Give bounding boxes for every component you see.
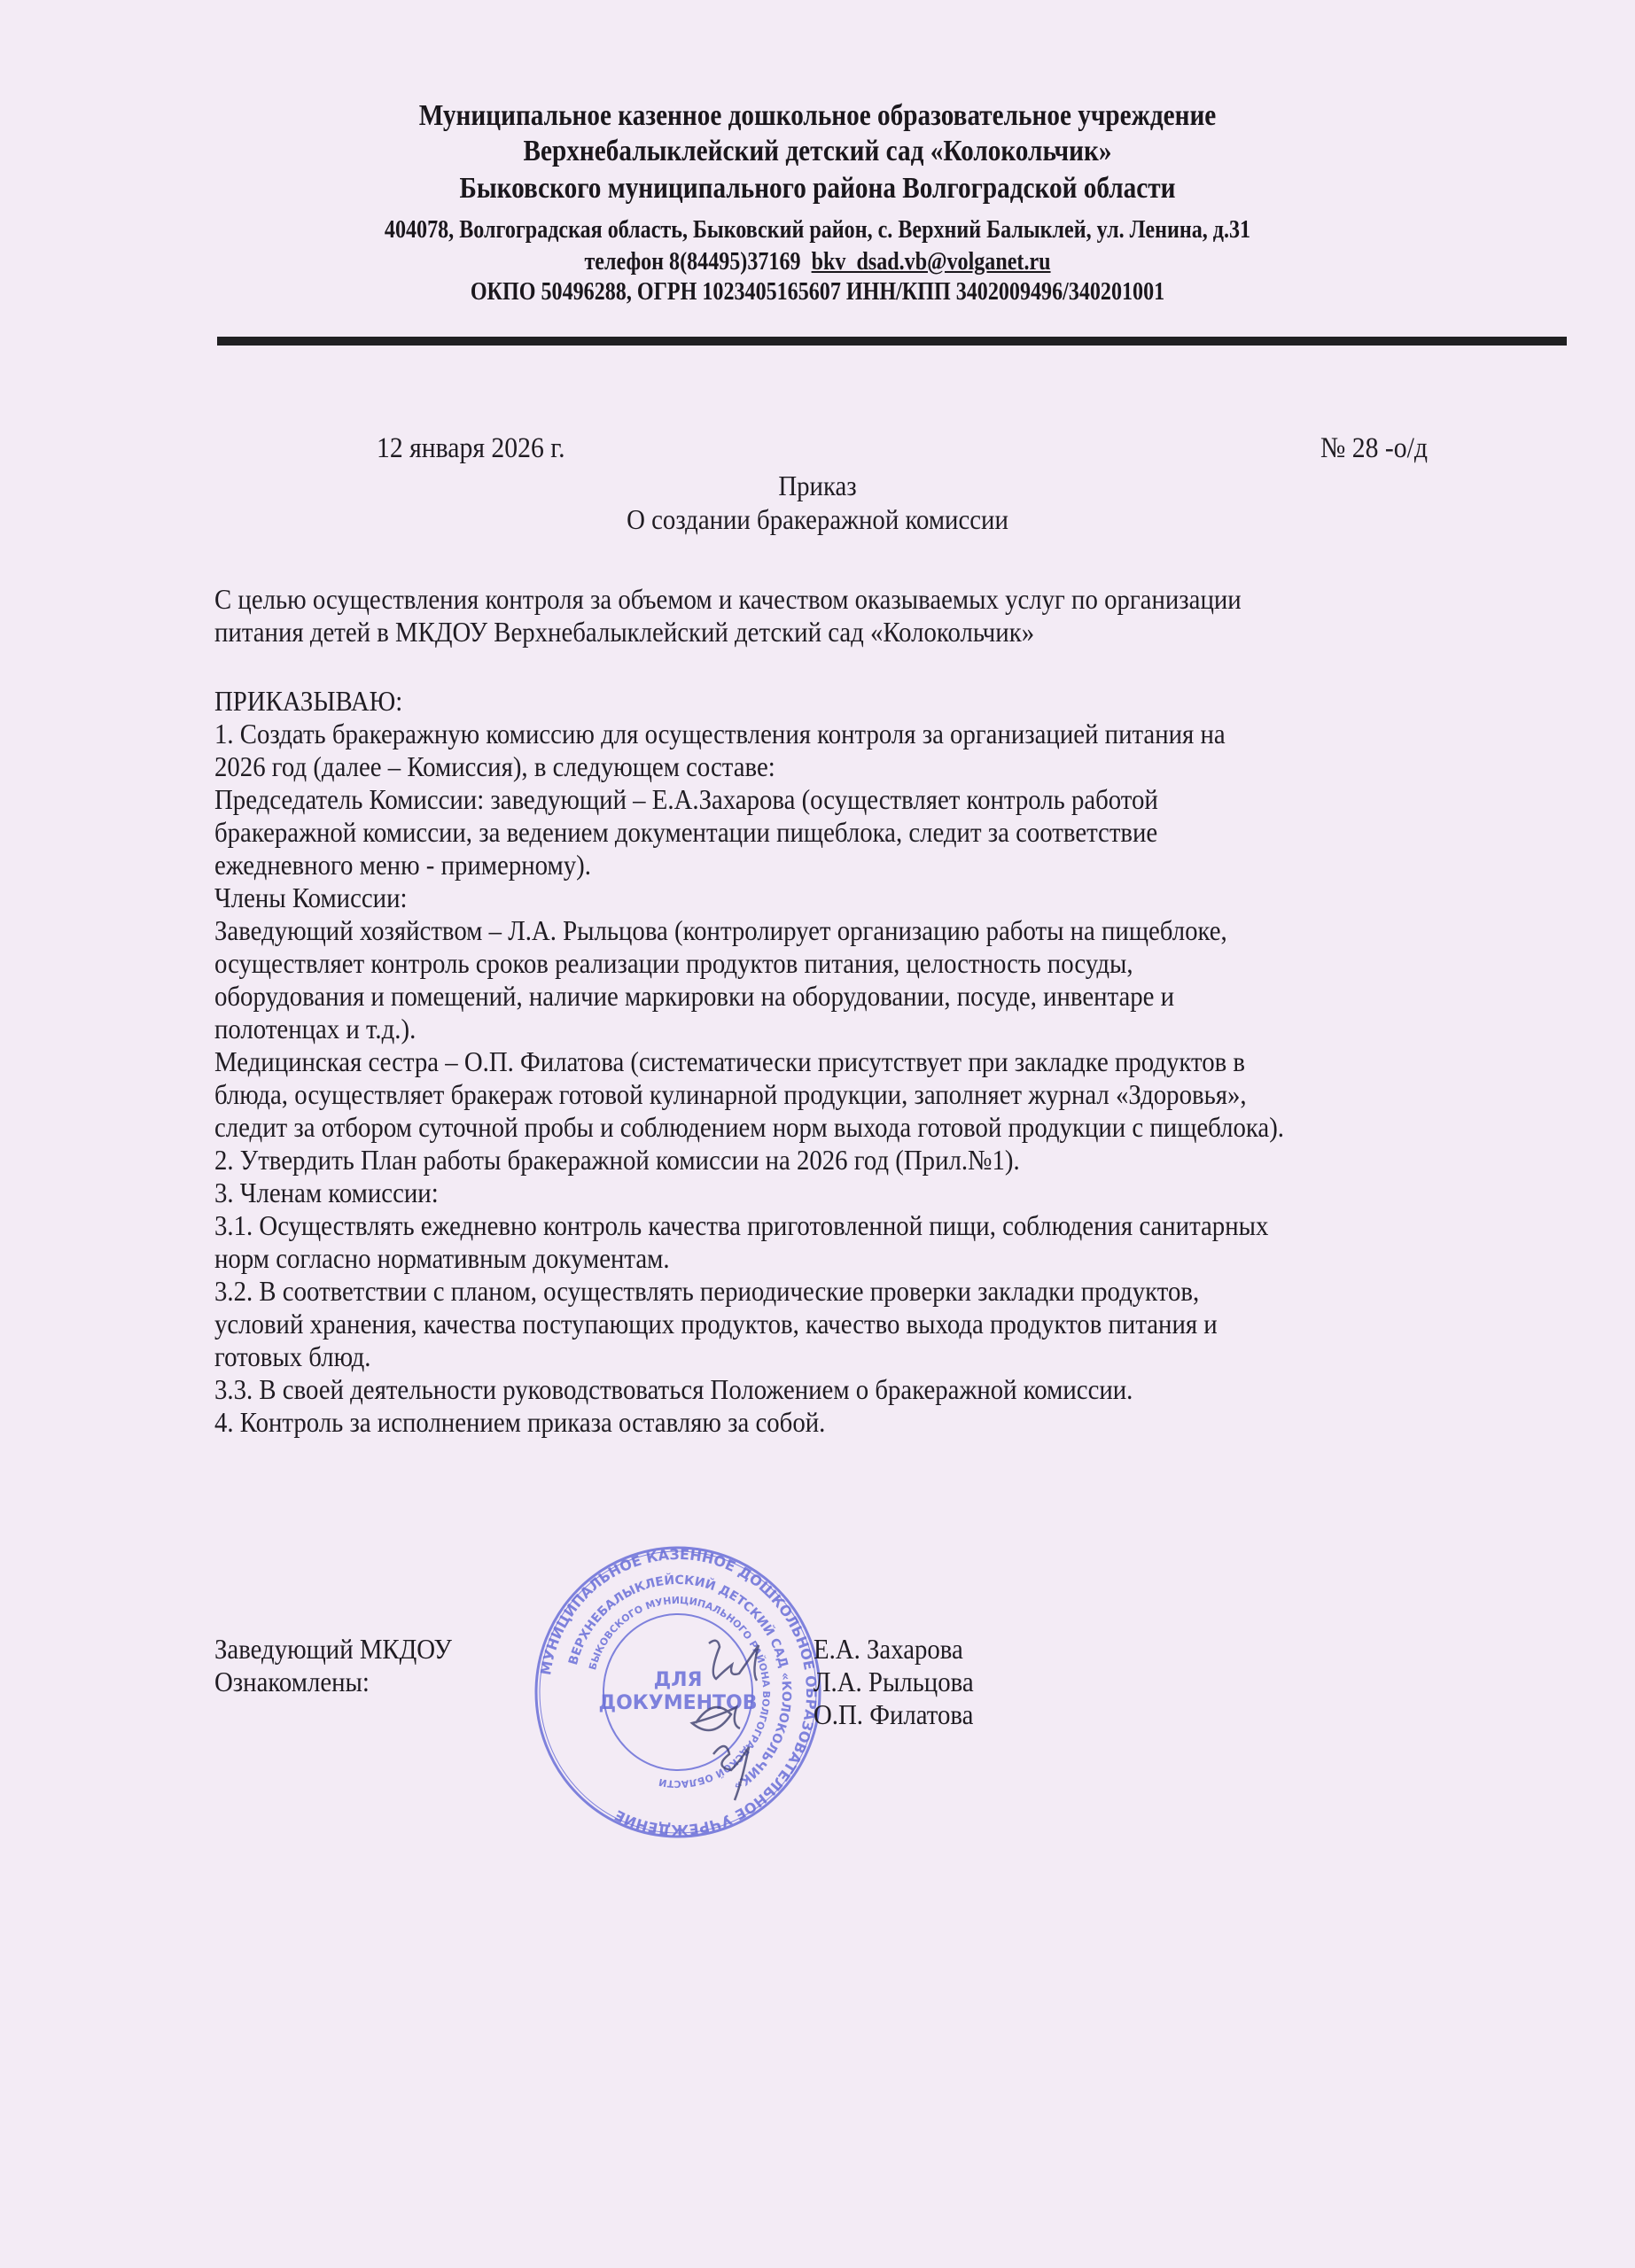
stamp-center-line2: ДОКУМЕНТОВ: [598, 1692, 757, 1714]
order-number: № 28 -о/д: [1320, 432, 1428, 465]
stamp-center-line1: ДЛЯ: [654, 1669, 703, 1691]
body-line: Медицинская сестра – О.П. Филатова (сист…: [214, 1045, 1245, 1078]
body-line: бракеражной комиссии, за ведением докуме…: [214, 816, 1157, 849]
body-line: Заведующий хозяйством – Л.А. Рыльцова (к…: [214, 914, 1227, 947]
body-line: 3.1. Осуществлять ежедневно контроль кач…: [214, 1209, 1268, 1242]
body-line: Председатель Комиссии: заведующий – Е.А.…: [214, 783, 1158, 816]
body-line: питания детей в МКДОУ Верхнебалыклейский…: [214, 616, 1034, 649]
signatory-name: О.П. Филатова: [814, 1698, 973, 1731]
body-line: следит за отбором суточной пробы и соблю…: [214, 1111, 1284, 1144]
org-kindergarten-name: Верхнебалыклейский детский сад «Колоколь…: [114, 135, 1521, 168]
org-contacts: телефон 8(84495)37169 bkv_dsad.vb@volgan…: [114, 248, 1521, 276]
org-name: Муниципальное казенное дошкольное образо…: [114, 99, 1521, 133]
body-line: ПРИКАЗЫВАЮ:: [214, 685, 402, 718]
body-line: Члены Комиссии:: [214, 882, 407, 914]
official-stamp: МУНИЦИПАЛЬНОЕ КАЗЕННОЕ ДОШКОЛЬНОЕ ОБРАЗО…: [532, 1546, 824, 1838]
body-line: 3.3. В своей деятельности руководствоват…: [214, 1373, 1133, 1406]
body-line: блюда, осуществляет бракераж готовой кул…: [214, 1078, 1247, 1111]
body-line: 2. Утвердить План работы бракеражной ком…: [214, 1144, 1020, 1177]
signatory-name: Л.А. Рыльцова: [814, 1666, 974, 1698]
body-line: 2026 год (далее – Комиссия), в следующем…: [214, 750, 775, 783]
org-address: 404078, Волгоградская область, Быковский…: [114, 216, 1521, 245]
body-line: ежедневного меню - примерному).: [214, 849, 591, 882]
body-line: С целью осуществления контроля за объемо…: [214, 583, 1242, 616]
body-line: 4. Контроль за исполнением приказа остав…: [214, 1406, 825, 1439]
order-subject: О создании бракеражной комиссии: [82, 503, 1553, 536]
body-line: норм согласно нормативным документам.: [214, 1242, 670, 1275]
body-line: 3. Членам комиссии:: [214, 1177, 439, 1209]
order-title: Приказ: [82, 470, 1553, 502]
org-district: Быковского муниципального района Волгогр…: [114, 172, 1521, 206]
body-line: полотенцах и т.д.).: [214, 1013, 416, 1045]
org-registry: ОКПО 50496288, ОГРН 1023405165607 ИНН/КП…: [114, 278, 1521, 307]
signatory-name: Е.А. Захарова: [814, 1633, 963, 1666]
header-divider: [217, 337, 1567, 346]
head-signature-label: Заведующий МКДОУ: [214, 1633, 452, 1666]
order-date: 12 января 2026 г.: [377, 432, 565, 465]
acquainted-label: Ознакомлены:: [214, 1666, 370, 1698]
org-phone: телефон 8(84495)37169: [584, 248, 800, 276]
org-email-link[interactable]: bkv_dsad.vb@volganet.ru: [812, 248, 1051, 276]
body-line: 1. Создать бракеражную комиссию для осущ…: [214, 718, 1226, 750]
body-line: осуществляет контроль сроков реализации …: [214, 947, 1133, 980]
body-line: условий хранения, качества поступающих п…: [214, 1308, 1218, 1340]
body-line: готовых блюд.: [214, 1340, 370, 1373]
body-line: оборудования и помещений, наличие маркир…: [214, 980, 1174, 1013]
body-line: 3.2. В соответствии с планом, осуществля…: [214, 1275, 1199, 1308]
